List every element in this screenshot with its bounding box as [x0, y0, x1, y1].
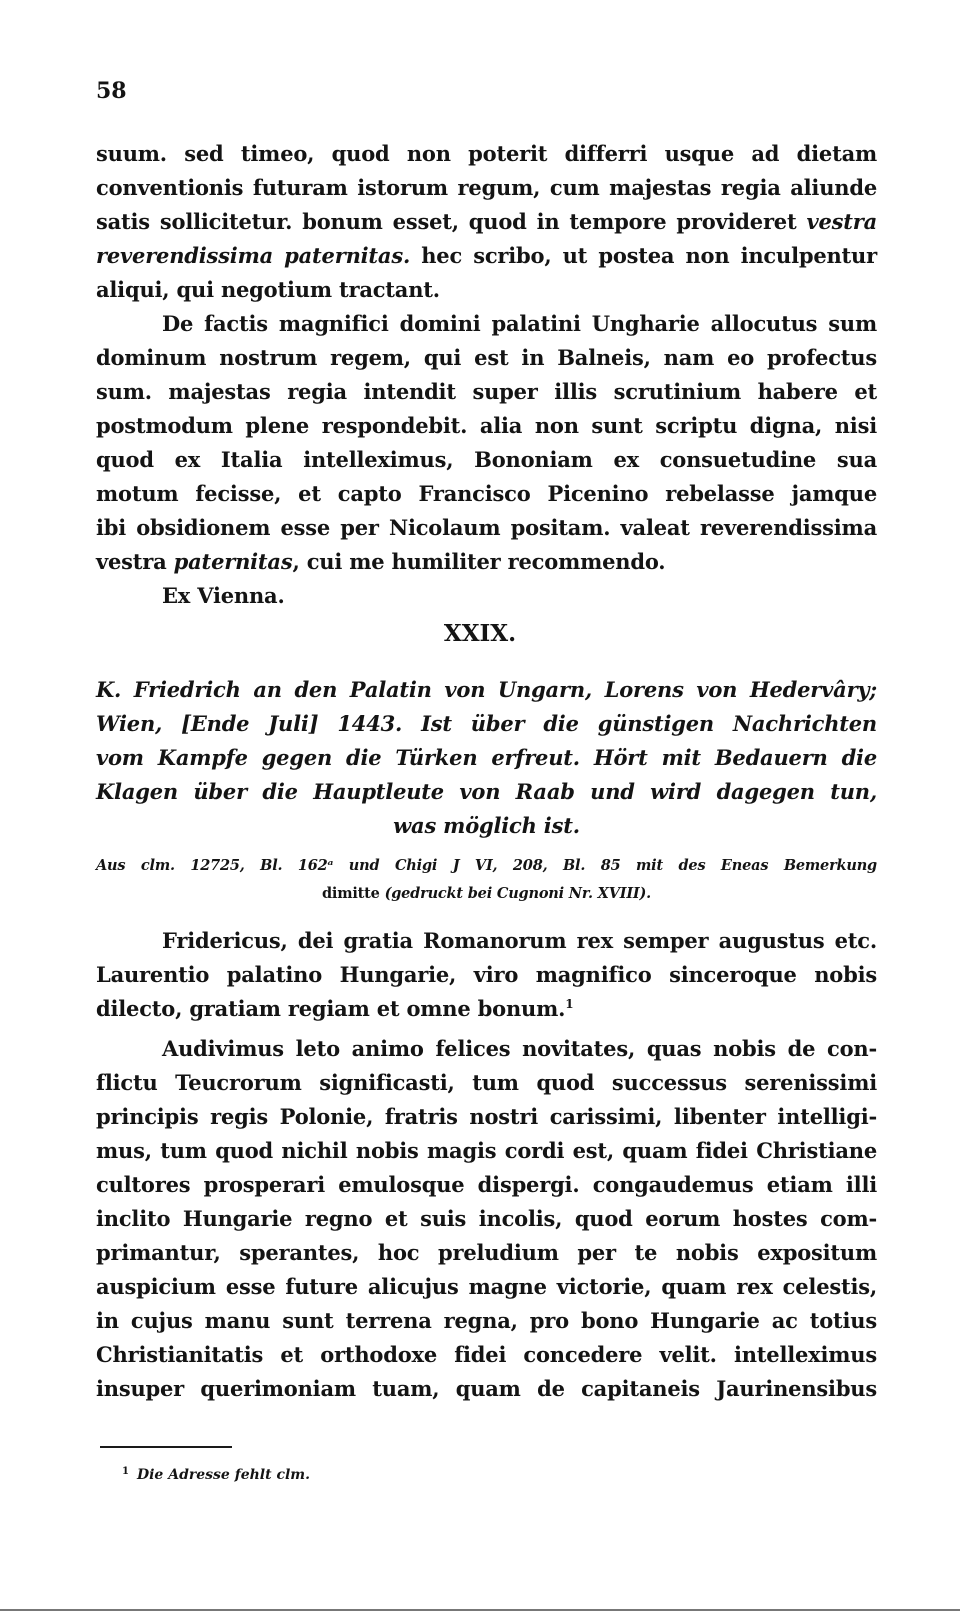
text-segment: satis sollicitetur. bonum esset, quod in… — [96, 209, 806, 234]
source-line: dimitte (gedruckt bei Cugnoni Nr. XVIII)… — [96, 880, 877, 908]
text-line: primantur, sperantes, hoc preludium per … — [96, 1236, 877, 1270]
text-line: reverendissima paternitas. hec scribo, u… — [96, 239, 877, 273]
text-line: inclito Hungarie regno et suis incolis, … — [96, 1202, 877, 1236]
text-line: principis regis Polonie, fratris nostri … — [96, 1100, 877, 1134]
text-line: postmodum plene respondebit. alia non su… — [96, 409, 877, 443]
italic-text: reverendissima paternitas. — [96, 243, 410, 268]
text-line: in cujus manu sunt terrena regna, pro bo… — [96, 1304, 877, 1338]
text-line: ibi obsidionem esse per Nicolaum positam… — [96, 511, 877, 545]
source-line: Aus clm. 12725, Bl. 162ᵃ und Chigi J VI,… — [96, 852, 877, 880]
text-line: cultores prosperari emulosque dispergi. … — [96, 1168, 877, 1202]
source-reference: Aus clm. 12725, Bl. 162ᵃ und Chigi J VI,… — [96, 852, 877, 908]
text-line: flictu Teucrorum significasti, tum quod … — [96, 1066, 877, 1100]
text-segment: vestra — [96, 549, 174, 574]
closing-line: Ex Vienna. — [96, 579, 877, 613]
footnote-marker[interactable]: 1 — [565, 997, 573, 1011]
text-line: auspicium esse future alicujus magne vic… — [96, 1270, 877, 1304]
text-segment: , cui me humiliter recommendo. — [292, 549, 665, 574]
text-line: Laurentio palatino Hungarie, viro magnif… — [96, 958, 877, 992]
heading-line: was möglich ist. — [96, 809, 877, 843]
text-line: conventionis futuram istorum regum, cum … — [96, 171, 877, 205]
footnote: 1Die Adresse fehlt clm. — [122, 1466, 310, 1483]
text-line: vestra paternitas, cui me humiliter reco… — [96, 545, 877, 579]
heading-line: Klagen über die Hauptleute von Raab und … — [96, 775, 877, 809]
text-line: quod ex Italia intelleximus, Bononiam ex… — [96, 443, 877, 477]
text-line: Fridericus, dei gratia Romanorum rex sem… — [96, 924, 877, 958]
text-line: motum fecisse, et capto Francisco Piceni… — [96, 477, 877, 511]
text-line: sum. majestas regia intendit super illis… — [96, 375, 877, 409]
text-line: Audivimus leto animo felices novitates, … — [96, 1032, 877, 1066]
text-segment: dilecto, gratiam regiam et omne bonum. — [96, 996, 565, 1021]
footnote-text: Die Adresse fehlt clm. — [137, 1467, 310, 1483]
document-page: 58 suum. sed timeo, quod non poterit dif… — [0, 0, 960, 1611]
text-line: Christianitatis et orthodoxe fidei conce… — [96, 1338, 877, 1372]
section-number: XXIX. — [0, 620, 960, 647]
text-line: dilecto, gratiam regiam et omne bonum.1 — [96, 992, 877, 1026]
text-segment: dimitte — [322, 885, 385, 902]
text-line: De factis magnifici domini palatini Ungh… — [96, 307, 877, 341]
text-line: dominum nostrum regem, qui est in Balnei… — [96, 341, 877, 375]
letter-body: Audivimus leto animo felices novitates, … — [96, 1032, 877, 1406]
heading-line: Wien, [Ende Juli] 1443. Ist über die gün… — [96, 707, 877, 741]
italic-text: paternitas — [174, 549, 293, 574]
italic-text: (gedruckt bei Cugnoni Nr. XVIII). — [385, 885, 651, 902]
letter-salutation: Fridericus, dei gratia Romanorum rex sem… — [96, 924, 877, 1026]
heading-line: vom Kampfe gegen die Türken erfreut. Hör… — [96, 741, 877, 775]
text-line: insuper querimoniam tuam, quam de capita… — [96, 1372, 877, 1406]
text-segment: hec scribo, ut postea non inculpentur — [410, 243, 877, 268]
heading-line: K. Friedrich an den Palatin von Ungarn, … — [96, 673, 877, 707]
continuation-paragraph: suum. sed timeo, quod non poterit differ… — [96, 137, 877, 307]
footnote-number: 1 — [122, 1466, 129, 1477]
paragraph: De factis magnifici domini palatini Ungh… — [96, 307, 877, 613]
footnote-divider — [100, 1446, 232, 1448]
text-line: aliqui, qui negotium tractant. — [96, 273, 877, 307]
text-line: suum. sed timeo, quod non poterit differ… — [96, 137, 877, 171]
italic-text: vestra — [806, 209, 877, 234]
section-heading: K. Friedrich an den Palatin von Ungarn, … — [96, 673, 877, 843]
page-number: 58 — [96, 78, 127, 104]
text-line: satis sollicitetur. bonum esset, quod in… — [96, 205, 877, 239]
text-line: mus, tum quod nichil nobis magis cordi e… — [96, 1134, 877, 1168]
